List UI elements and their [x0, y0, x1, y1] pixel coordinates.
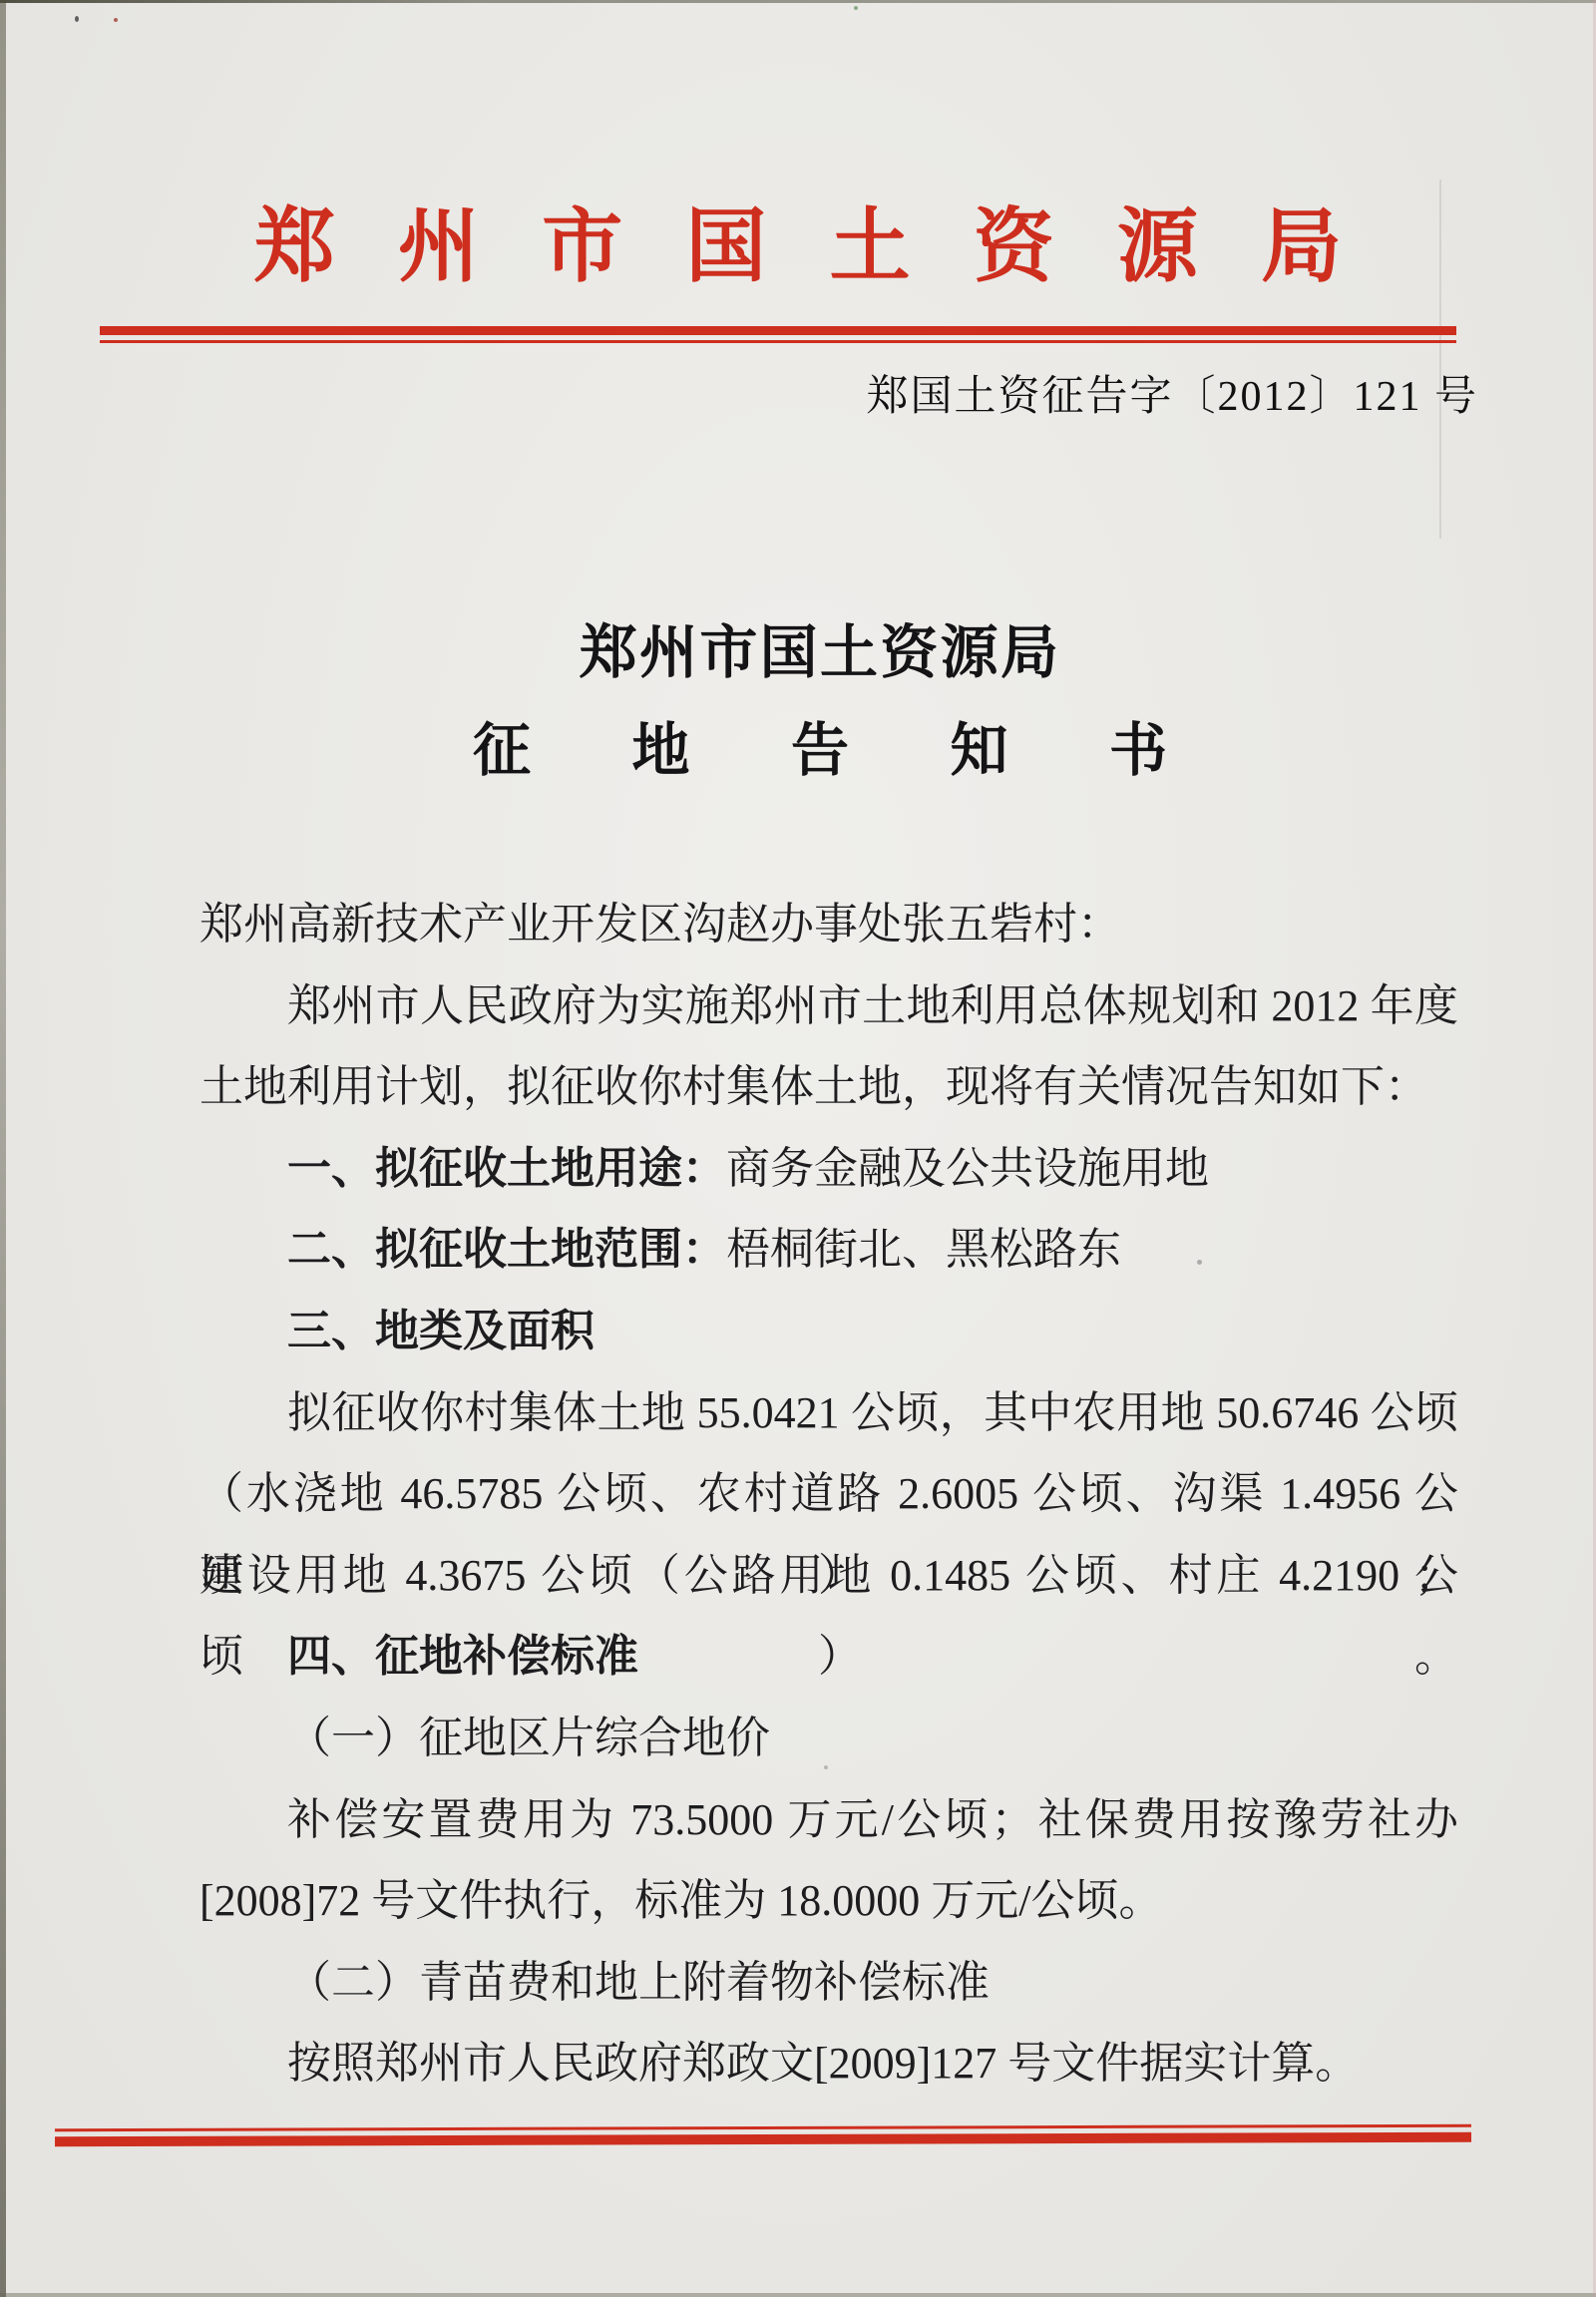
body-line: 土地利用计划，拟征收你村集体土地，现将有关情况告知如下：: [199, 1046, 1458, 1128]
body-line: 郑州高新技术产业开发区沟赵办事处张五砦村：: [199, 884, 1458, 965]
body-line: 三、地类及面积: [199, 1291, 1458, 1372]
document-page: 郑州市国土资源局 郑国土资征告字〔2012〕121 号 郑州市国土资源局 征地告…: [0, 0, 1596, 2297]
letterhead-agency-name: 郑州市国土资源局: [0, 207, 1596, 288]
body-line-heading: 四、征地补偿标准: [287, 1632, 638, 1681]
notice-title-line2-text: 征地告知书: [473, 718, 1269, 783]
footer-rule-thick: [55, 2132, 1471, 2146]
scan-speck: [114, 18, 118, 22]
body-line: 二、拟征收土地范围：梧桐街北、黑松路东: [199, 1209, 1458, 1291]
body-line: （二）青苗费和地上附着物补偿标准: [199, 1942, 1458, 2024]
body-line: 按照郑州市人民政府郑政文[2009]127 号文件据实计算。: [199, 2023, 1458, 2105]
body-line: 拟征收你村集体土地 55.0421 公顷，其中农用地 50.6746 公顷: [199, 1372, 1458, 1454]
scan-edge-top: [0, 0, 1596, 3]
body-line: 补偿安置费用为 73.5000 万元/公顷；社保费用按豫劳社办: [199, 1779, 1458, 1861]
body-text: 郑州高新技术产业开发区沟赵办事处张五砦村：郑州市人民政府为实施郑州市土地利用总体…: [199, 884, 1458, 2105]
footer-rules: [55, 2124, 1471, 2146]
letterhead-agency-name-text: 郑州市国土资源局: [254, 202, 1404, 292]
body-line: 郑州市人民政府为实施郑州市土地利用总体规划和 2012 年度: [199, 965, 1458, 1047]
body-line-heading: 二、拟征收土地范围：: [287, 1225, 726, 1274]
scan-edge-bottom: [0, 2293, 1596, 2297]
scan-edge-left: [0, 0, 6, 2297]
footer-rule-thin: [55, 2124, 1471, 2131]
body-line: 建设用地 4.3675 公顷（公路用地 0.1485 公顷、村庄 4.2190 …: [199, 1535, 1458, 1617]
scan-speck: [75, 16, 79, 22]
letterhead-rule-thick: [100, 326, 1456, 335]
body-line: 一、拟征收土地用途：商务金融及公共设施用地: [199, 1128, 1458, 1210]
body-line: [2008]72 号文件执行，标准为 18.0000 万元/公顷。: [199, 1860, 1458, 1942]
scan-speck: [854, 6, 858, 10]
letterhead-rule-thin: [100, 340, 1456, 343]
body-line: （水浇地 46.5785 公顷、农村道路 2.6005 公顷、沟渠 1.4956…: [199, 1453, 1458, 1535]
body-line: （一）征地区片综合地价: [199, 1698, 1458, 1779]
body-line-heading: 一、拟征收土地用途：: [287, 1144, 726, 1193]
document-number: 郑国土资征告字〔2012〕121 号: [866, 363, 1478, 423]
body-line-heading: 三、地类及面积: [287, 1307, 595, 1355]
notice-title-line2: 征地告知书: [22, 722, 1596, 780]
notice-title-line1: 郑州市国土资源局: [22, 624, 1596, 682]
